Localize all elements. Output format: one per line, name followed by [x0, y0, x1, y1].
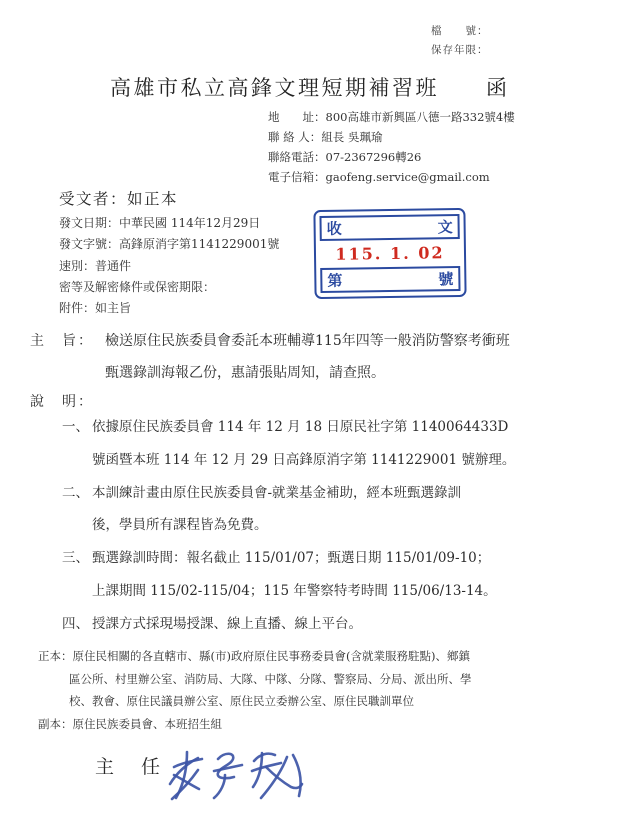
carbon-copy-line: 副本：原住民族委員會、本班招生組: [38, 713, 616, 736]
stamp-top-band: 收 文: [319, 214, 459, 241]
original-copy-text-2: 區公所、村里辦公室、消防局、大隊、中隊、分隊、警察局、分局、派出所、學: [38, 668, 616, 691]
speed-line: 速別：普通件: [59, 256, 279, 277]
item-4-line-1: 授課方式採現場授課、線上直播、線上平台。: [92, 616, 362, 632]
official-letter-page: 檔 號： 保存年限： 高雄市私立高鋒文理短期補習班 函 地 址：800高雄市新興…: [0, 0, 629, 823]
original-copy-label: 正本：: [38, 649, 73, 663]
secrecy-line: 密等及解密條件或保密期限：: [59, 277, 279, 298]
stamp-number-prefix-char: 第: [327, 270, 342, 291]
item-3-number: 三、: [62, 542, 92, 575]
carbon-copy-label: 副本：: [38, 717, 73, 731]
explanation-label: 說 明：: [30, 391, 94, 411]
phone-value: 07-2367296轉26: [326, 150, 422, 164]
explanation-item-3: 三、甄選錄訓時間：報名截止 115/01/07；甄選日期 115/01/09-1…: [62, 542, 597, 608]
subject-text-1: 檢送原住民族委員會委託本班輔導115年四等一般消防警察考衝班: [105, 333, 510, 349]
subject-block: 主 旨：檢送原住民族委員會委託本班輔導115年四等一般消防警察考衝班 甄選錄訓海…: [30, 326, 605, 389]
item-2-line-1: 本訓練計畫由原住民族委員會-就業基金補助，經本班甄選錄訓: [92, 485, 461, 501]
stamp-number-suffix-char: 號: [438, 268, 453, 289]
original-copy-line-1: 正本：原住民相關的各直轄市、縣(市)政府原住民事務委員會(含就業服務駐點)、鄉鎮: [38, 645, 616, 668]
item-1-line-2: 號函暨本班 114 年 12 月 29 日高鋒原消字第 1141229001 號…: [62, 444, 597, 477]
sender-email-line: 電子信箱：gaofeng.service@gmail.com: [268, 167, 515, 187]
sender-contact-line: 聯 絡 人：組長 吳珮瑜: [268, 127, 515, 147]
explanation-items: 一、依據原住民族委員會 114 年 12 月 18 日原民社字第 1140064…: [62, 411, 597, 641]
signer-title: 主 任: [95, 752, 164, 779]
sender-address-line: 地 址：800高雄市新興區八德一路332號4樓: [268, 107, 515, 127]
file-number-block: 檔 號： 保存年限：: [431, 22, 489, 60]
explanation-item-4: 四、授課方式採現場授課、線上直播、線上平台。: [62, 608, 597, 641]
item-3-line-2: 上課期間 115/02-115/04；115 年警察特考時間 115/06/13…: [62, 575, 597, 608]
phone-label: 聯絡電話：: [268, 150, 326, 164]
issue-date-line: 發文日期：中華民國 114年12月29日: [59, 213, 279, 234]
retention-period-label: 保存年限：: [431, 41, 489, 60]
subject-line-1: 主 旨：檢送原住民族委員會委託本班輔導115年四等一般消防警察考衝班: [30, 326, 605, 358]
issue-number-line: 發文字號：高鋒原消字第1141229001號: [59, 234, 279, 255]
explanation-item-1: 一、依據原住民族委員會 114 年 12 月 18 日原民社字第 1140064…: [62, 411, 597, 477]
recipient-line: 受文者：如正本: [59, 187, 178, 209]
sender-phone-line: 聯絡電話：07-2367296轉26: [268, 147, 515, 167]
item-2-number: 二、: [62, 477, 92, 510]
item-4-number: 四、: [62, 608, 92, 641]
item-1-line-1: 依據原住民族委員會 114 年 12 月 18 日原民社字第 114006443…: [92, 419, 508, 435]
received-stamp: 收 文 115. 1. 02 第 號: [313, 208, 466, 299]
stamp-bottom-band: 第 號: [320, 266, 460, 293]
contact-value: 組長 吳珮瑜: [321, 130, 382, 144]
contact-label: 聯 絡 人：: [268, 130, 321, 144]
email-value: gaofeng.service@gmail.com: [326, 170, 490, 184]
original-copy-text-1: 原住民相關的各直轄市、縣(市)政府原住民事務委員會(含就業服務駐點)、鄉鎮: [73, 649, 470, 663]
document-title: 高雄市私立高鋒文理短期補習班 函: [110, 72, 510, 102]
stamp-document-char: 文: [437, 216, 452, 237]
subject-label: 主 旨：: [30, 326, 105, 358]
explanation-item-2: 二、本訓練計畫由原住民族委員會-就業基金補助，經本班甄選錄訓 後，學員所有課程皆…: [62, 477, 597, 543]
email-label: 電子信箱：: [268, 170, 326, 184]
attachment-line: 附件：如主旨: [59, 298, 279, 319]
item-3-line-1: 甄選錄訓時間：報名截止 115/01/07；甄選日期 115/01/09-10；: [92, 550, 490, 566]
address-label: 地 址：: [268, 110, 326, 124]
director-signature-handwriting: [162, 740, 312, 818]
received-stamp-border: 收 文 115. 1. 02 第 號: [313, 208, 466, 299]
item-1-number: 一、: [62, 411, 92, 444]
subject-text-2: 甄選錄訓海報乙份，惠請張貼周知，請查照。: [30, 358, 605, 390]
distribution-block: 正本：原住民相關的各直轄市、縣(市)政府原住民事務委員會(含就業服務駐點)、鄉鎮…: [38, 645, 616, 735]
item-2-line-2: 後，學員所有課程皆為免費。: [62, 509, 597, 542]
sender-info-block: 地 址：800高雄市新興區八德一路332號4樓 聯 絡 人：組長 吳珮瑜 聯絡電…: [268, 107, 515, 187]
stamp-received-char: 收: [326, 218, 341, 239]
stamp-received-date: 115. 1. 02: [320, 243, 460, 264]
carbon-copy-text: 原住民族委員會、本班招生組: [73, 717, 223, 731]
address-value: 800高雄市新興區八德一路332號4樓: [326, 110, 515, 124]
document-meta-block: 發文日期：中華民國 114年12月29日 發文字號：高鋒原消字第11412290…: [59, 213, 279, 319]
original-copy-text-3: 校、教會、原住民議員辦公室、原住民立委辦公室、原住民職訓單位: [38, 690, 616, 713]
file-number-label: 檔 號：: [431, 22, 489, 41]
